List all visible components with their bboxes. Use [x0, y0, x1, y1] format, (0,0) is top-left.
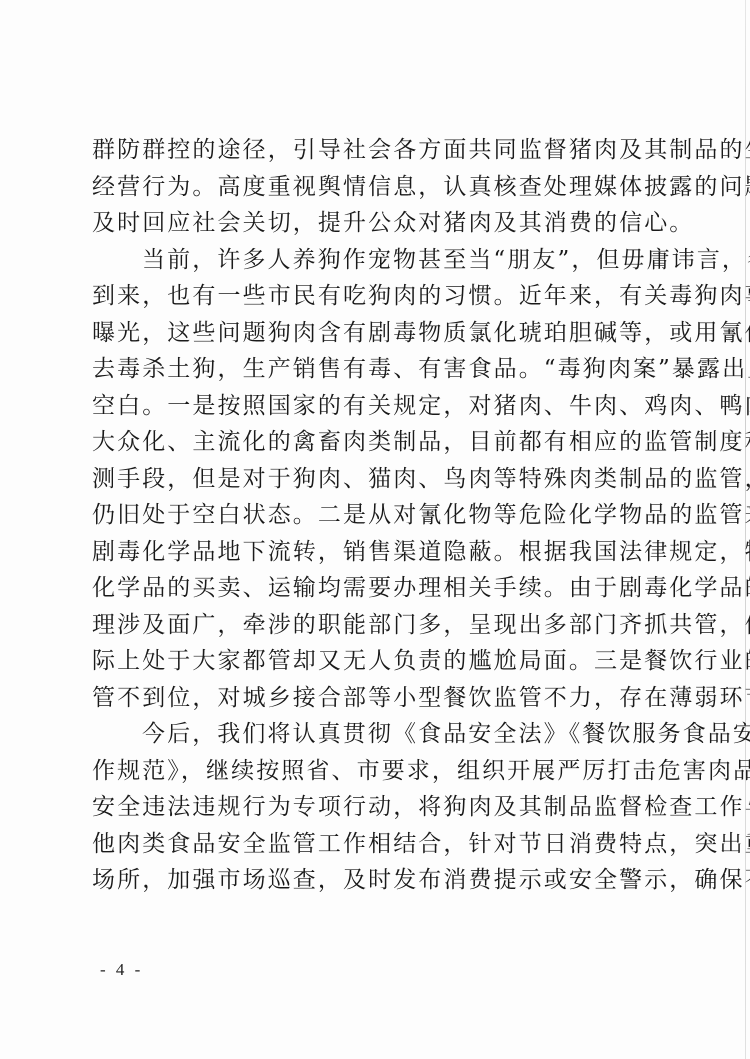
text-line: 化学品的买卖、运输均需要办理相关手续。由于剧毒化学品的管 [92, 570, 652, 607]
text-line: 经营行为。高度重视舆情信息，认真核查处理媒体披露的问题， [92, 169, 652, 206]
text-line: 曝光，这些问题狗肉含有剧毒物质氯化琥珀胆碱等，或用氰化物 [92, 315, 652, 352]
text-line: 作规范》，继续按照省、市要求，组织开展严厉打击危害肉品质量 [92, 753, 652, 790]
text-line: 空白。一是按照国家的有关规定，对猪肉、牛肉、鸡肉、鸭肉等 [92, 388, 652, 425]
text-line: 安全违法违规行为专项行动，将狗肉及其制品监督检查工作与其 [92, 789, 652, 826]
text-line: 群防群控的途径，引导社会各方面共同监督猪肉及其制品的生产 [92, 132, 652, 169]
text-line: 管不到位，对城乡接合部等小型餐饮监管不力，存在薄弱环节。 [92, 680, 652, 717]
body-text: 群防群控的途径，引导社会各方面共同监督猪肉及其制品的生产 经营行为。高度重视舆情… [92, 132, 652, 899]
text-line: 仍旧处于空白状态。二是从对氰化物等危险化学物品的监管来看， [92, 497, 652, 534]
text-line: 剧毒化学品地下流转，销售渠道隐蔽。根据我国法律规定，特殊 [92, 534, 652, 571]
text-line: 及时回应社会关切，提升公众对猪肉及其消费的信心。 [92, 205, 652, 242]
text-line: 际上处于大家都管却又无人负责的尴尬局面。三是餐饮行业的监 [92, 643, 652, 680]
text-line: 测手段，但是对于狗肉、猫肉、鸟肉等特殊肉类制品的监管，却 [92, 461, 652, 498]
text-line: 理涉及面广，牵涉的职能部门多，呈现出多部门齐抓共管，但实 [92, 607, 652, 644]
text-line: 大众化、主流化的禽畜肉类制品，目前都有相应的监管制度和检 [92, 424, 652, 461]
text-line: 到来，也有一些市民有吃狗肉的习惯。近年来，有关毒狗肉事件 [92, 278, 652, 315]
document-page: 群防群控的途径，引导社会各方面共同监督猪肉及其制品的生产 经营行为。高度重视舆情… [0, 0, 750, 1059]
text-line: 他肉类食品安全监管工作相结合，针对节日消费特点，突出重点 [92, 826, 652, 863]
page-number: - 4 - [100, 960, 143, 980]
text-line: 场所，加强市场巡查，及时发布消费提示或安全警示，确保不发 [92, 862, 652, 899]
paragraph-start-line: 今后，我们将认真贯彻《食品安全法》《餐饮服务食品安全操 [92, 716, 652, 753]
paragraph-start-line: 当前，许多人养狗作宠物甚至当“朋友”，但毋庸讳言，冬季 [92, 242, 652, 279]
text-line: 去毒杀土狗，生产销售有毒、有害食品。“毒狗肉案”暴露出监管 [92, 351, 652, 388]
